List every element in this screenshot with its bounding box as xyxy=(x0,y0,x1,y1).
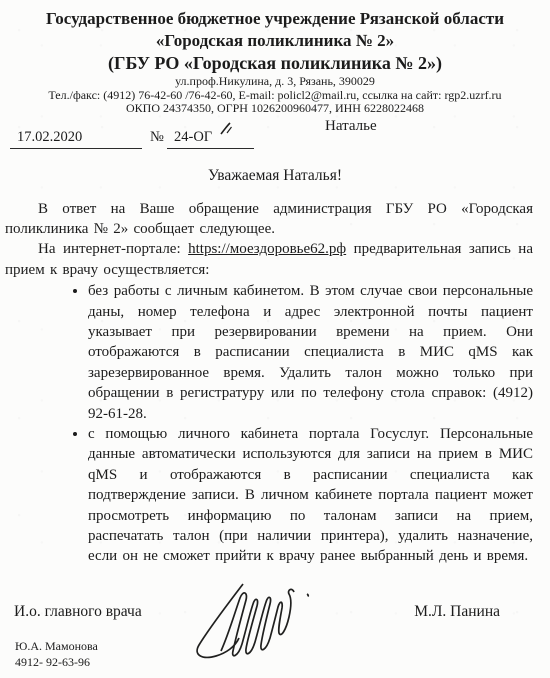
portal-url-link: https://моездоровье62.рф xyxy=(188,241,346,257)
number-sign: № xyxy=(150,129,164,146)
letter-date: 17.02.2020 xyxy=(17,129,82,145)
letter-number: 24-ОГ xyxy=(174,129,212,145)
letter-number-field: 24-ОГ xyxy=(167,129,254,149)
requisites-row: 17.02.2020 № 24-ОГ Наталье xyxy=(0,116,550,162)
salutation: Уважаемая Наталья! xyxy=(0,165,550,186)
letter-date-field: 17.02.2020 xyxy=(10,129,142,149)
org-name-line2: «Городская поликлиника № 2» xyxy=(0,30,550,52)
org-address: ул.проф.Никулина, д. 3, Рязань, 390029 xyxy=(0,75,550,89)
list-item: без работы с личным кабинетом. В этом сл… xyxy=(88,281,533,424)
executor-block: Ю.А. Мамонова 4912- 92-63-96 xyxy=(15,639,98,670)
list-item: с помощью личного кабинета портала Госус… xyxy=(88,424,533,567)
handwritten-signature xyxy=(188,575,318,672)
signer-name: М.Л. Панина xyxy=(414,603,500,621)
executor-name: Ю.А. Мамонова xyxy=(15,639,98,655)
org-registry-codes: ОКПО 24374350, ОГРН 1026200960477, ИНН 6… xyxy=(0,102,550,116)
portal-text-prefix: На интернет-портале: xyxy=(38,241,188,257)
letter-document: Государственное бюджетное учреждение Ряз… xyxy=(0,0,550,678)
org-name-line1: Государственное бюджетное учреждение Ряз… xyxy=(0,8,550,30)
executor-phone: 4912- 92-63-96 xyxy=(15,655,98,671)
org-contacts: Тел./факс: (4912) 76-42-60 /76-42-60, E-… xyxy=(0,89,550,103)
paragraph-portal: На интернет-портале: https://моездоровье… xyxy=(0,239,550,280)
letterhead: Государственное бюджетное учреждение Ряз… xyxy=(0,8,550,116)
signer-position: И.о. главного врача xyxy=(14,603,142,621)
bullet-list: без работы с личным кабинетом. В этом сл… xyxy=(0,281,550,567)
org-name-abbrev: (ГБУ РО «Городская поликлиника № 2») xyxy=(0,52,550,75)
addressee: Наталье xyxy=(325,118,377,135)
paragraph-intro: В ответ на Ваше обращение администрация … xyxy=(0,199,550,240)
pen-tick-mark xyxy=(218,121,234,142)
